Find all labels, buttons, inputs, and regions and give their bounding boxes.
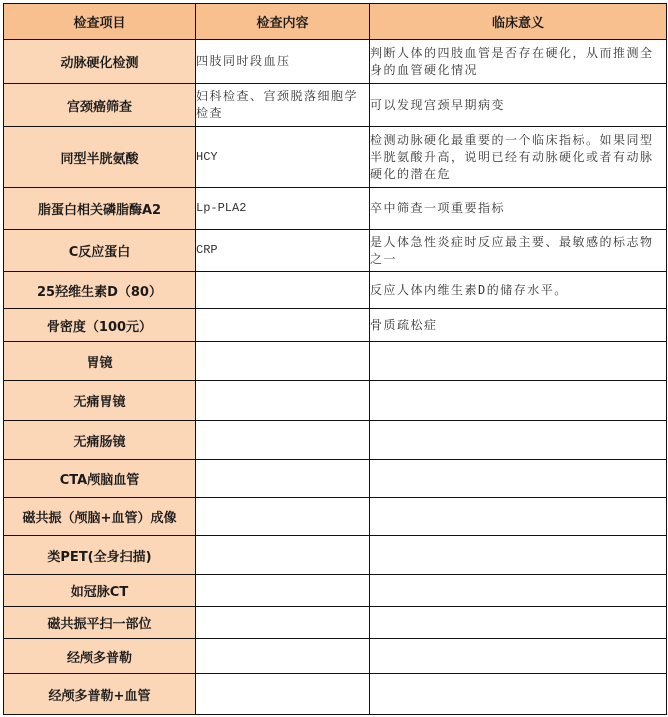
table-row: 宫颈癌筛查妇科检查、宫颈脱落细胞学检查可以发现宫颈早期病变 <box>4 84 667 127</box>
cell-content <box>196 342 370 381</box>
cell-content <box>196 272 370 309</box>
cell-content: 妇科检查、宫颈脱落细胞学检查 <box>196 84 370 127</box>
cell-content <box>196 460 370 498</box>
exam-table: 检查项目 检查内容 临床意义 动脉硬化检测四肢同时段血压判断人体的四肢血管是否存… <box>3 3 667 715</box>
cell-item: 类PET(全身扫描) <box>4 536 196 575</box>
cell-item: 脂蛋白相关磷脂酶A2 <box>4 188 196 230</box>
table-row: 无痛肠镜 <box>4 421 667 460</box>
cell-content <box>196 674 370 715</box>
cell-meaning <box>370 575 667 607</box>
cell-meaning: 可以发现宫颈早期病变 <box>370 84 667 127</box>
table-row: 类PET(全身扫描) <box>4 536 667 575</box>
cell-item: 骨密度（100元） <box>4 309 196 342</box>
table-row: 如冠脉CT <box>4 575 667 607</box>
cell-content: HCY <box>196 127 370 188</box>
table-row: 25羟维生素D（80）反应人体内维生素D的储存水平。 <box>4 272 667 309</box>
cell-meaning: 是人体急性炎症时反应最主要、最敏感的标志物之一 <box>370 230 667 272</box>
cell-item: 25羟维生素D（80） <box>4 272 196 309</box>
cell-meaning: 反应人体内维生素D的储存水平。 <box>370 272 667 309</box>
cell-content <box>196 639 370 674</box>
table-row: 胃镜 <box>4 342 667 381</box>
cell-item: 无痛肠镜 <box>4 421 196 460</box>
table-row: 同型半胱氨酸HCY检测动脉硬化最重要的一个临床指标。如果同型半胱氨酸升高，说明已… <box>4 127 667 188</box>
cell-content <box>196 575 370 607</box>
table-row: 脂蛋白相关磷脂酶A2Lp-PLA2卒中筛查一项重要指标 <box>4 188 667 230</box>
cell-meaning <box>370 460 667 498</box>
cell-meaning <box>370 421 667 460</box>
cell-meaning: 判断人体的四肢血管是否存在硬化，从而推测全身的血管硬化情况 <box>370 40 667 84</box>
cell-meaning <box>370 536 667 575</box>
cell-item: 经颅多普勒 <box>4 639 196 674</box>
cell-meaning: 卒中筛查一项重要指标 <box>370 188 667 230</box>
table-row: 动脉硬化检测四肢同时段血压判断人体的四肢血管是否存在硬化，从而推测全身的血管硬化… <box>4 40 667 84</box>
table-row: CTA颅脑血管 <box>4 460 667 498</box>
cell-content <box>196 381 370 421</box>
table-row: 经颅多普勒+血管 <box>4 674 667 715</box>
header-row: 检查项目 检查内容 临床意义 <box>4 4 667 40</box>
cell-item: 无痛胃镜 <box>4 381 196 421</box>
cell-content <box>196 421 370 460</box>
cell-meaning <box>370 498 667 536</box>
cell-item: 磁共振平扫一部位 <box>4 607 196 639</box>
header-item: 检查项目 <box>4 4 196 40</box>
cell-item: 胃镜 <box>4 342 196 381</box>
cell-content <box>196 536 370 575</box>
cell-content <box>196 607 370 639</box>
cell-meaning <box>370 607 667 639</box>
table-row: 骨密度（100元）骨质疏松症 <box>4 309 667 342</box>
cell-item: CTA颅脑血管 <box>4 460 196 498</box>
table-row: C反应蛋白CRP是人体急性炎症时反应最主要、最敏感的标志物之一 <box>4 230 667 272</box>
cell-item: 磁共振（颅脑+血管）成像 <box>4 498 196 536</box>
cell-meaning: 骨质疏松症 <box>370 309 667 342</box>
cell-content <box>196 309 370 342</box>
table-row: 无痛胃镜 <box>4 381 667 421</box>
cell-meaning <box>370 342 667 381</box>
cell-item: 同型半胱氨酸 <box>4 127 196 188</box>
cell-item: 经颅多普勒+血管 <box>4 674 196 715</box>
table-row: 磁共振平扫一部位 <box>4 607 667 639</box>
cell-content <box>196 498 370 536</box>
cell-item: 如冠脉CT <box>4 575 196 607</box>
table-row: 经颅多普勒 <box>4 639 667 674</box>
cell-item: 动脉硬化检测 <box>4 40 196 84</box>
cell-item: C反应蛋白 <box>4 230 196 272</box>
table-row: 磁共振（颅脑+血管）成像 <box>4 498 667 536</box>
cell-item: 宫颈癌筛查 <box>4 84 196 127</box>
cell-meaning <box>370 381 667 421</box>
header-content: 检查内容 <box>196 4 370 40</box>
cell-meaning <box>370 674 667 715</box>
cell-content: CRP <box>196 230 370 272</box>
cell-meaning <box>370 639 667 674</box>
cell-meaning: 检测动脉硬化最重要的一个临床指标。如果同型半胱氨酸升高，说明已经有动脉硬化或者有… <box>370 127 667 188</box>
cell-content: 四肢同时段血压 <box>196 40 370 84</box>
cell-content: Lp-PLA2 <box>196 188 370 230</box>
header-meaning: 临床意义 <box>370 4 667 40</box>
